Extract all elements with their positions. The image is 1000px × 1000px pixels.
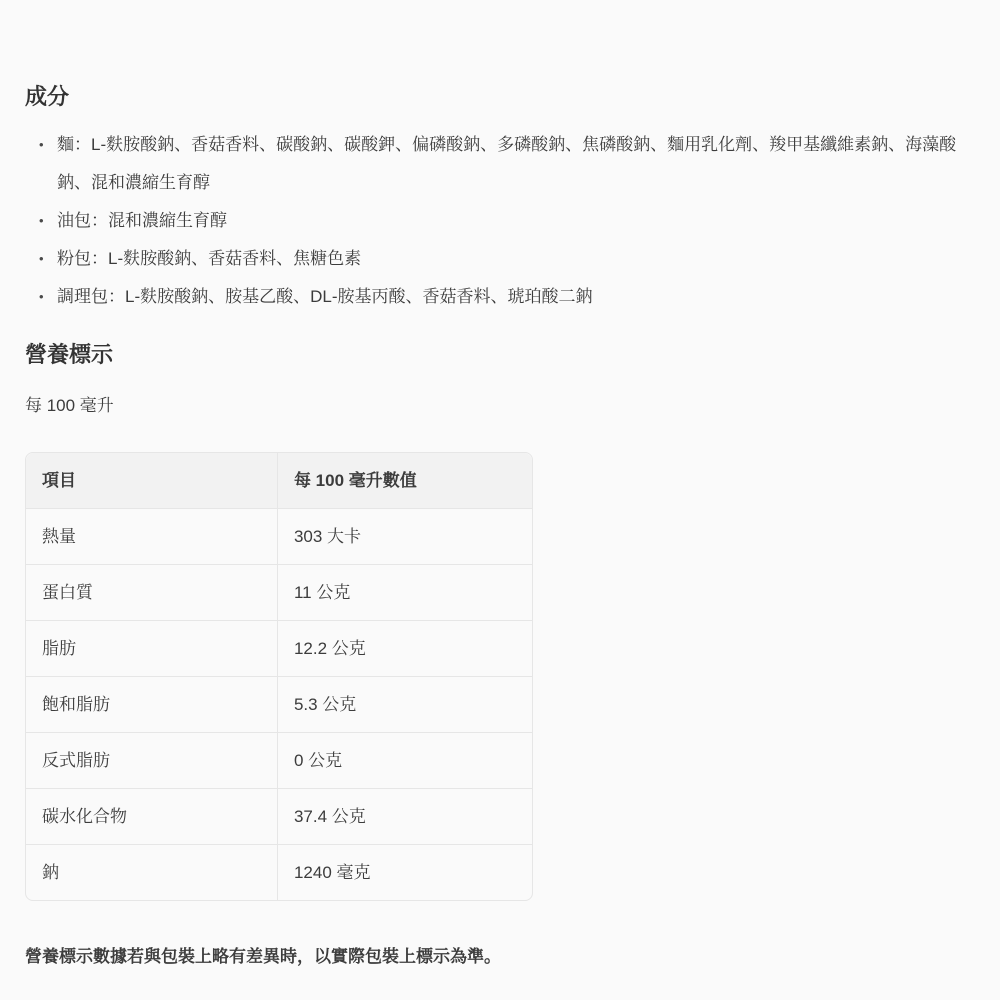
nutrient-value: 303 大卡	[277, 509, 532, 565]
nutrient-label: 鈉	[26, 845, 277, 900]
nutrient-label: 碳水化合物	[26, 789, 277, 845]
nutrient-label: 反式脂肪	[26, 733, 277, 789]
table-row: 鈉 1240 毫克	[26, 845, 532, 900]
nutrient-label: 脂肪	[26, 621, 277, 677]
table-row: 飽和脂肪 5.3 公克	[26, 677, 532, 733]
ingredient-item-oil-packet: • 油包：混和濃縮生育醇	[38, 202, 970, 240]
bullet-icon: •	[39, 202, 44, 240]
nutrient-value: 12.2 公克	[277, 621, 532, 677]
table-row: 熱量 303 大卡	[26, 509, 532, 565]
column-header-value: 每 100 毫升數值	[277, 453, 532, 509]
ingredient-item-noodle: • 麵：L-麩胺酸鈉、香菇香料、碳酸鈉、碳酸鉀、偏磷酸鈉、多磷酸鈉、焦磷酸鈉、麵…	[38, 126, 970, 202]
nutrition-heading: 營養標示	[25, 342, 975, 368]
nutrient-value: 0 公克	[277, 733, 532, 789]
table-row: 脂肪 12.2 公克	[26, 621, 532, 677]
ingredients-heading: 成分	[25, 84, 975, 110]
nutrient-value: 11 公克	[277, 565, 532, 621]
nutrition-disclaimer: 營養標示數據若與包裝上略有差異時，以實際包裝上標示為準。	[25, 946, 975, 968]
nutrient-label: 飽和脂肪	[26, 677, 277, 733]
table-row: 蛋白質 11 公克	[26, 565, 532, 621]
column-header-item: 項目	[26, 453, 277, 509]
ingredient-text: 麵：L-麩胺酸鈉、香菇香料、碳酸鈉、碳酸鉀、偏磷酸鈉、多磷酸鈉、焦磷酸鈉、麵用乳…	[57, 135, 956, 192]
bullet-icon: •	[39, 240, 44, 278]
table-row: 反式脂肪 0 公克	[26, 733, 532, 789]
ingredient-list: • 麵：L-麩胺酸鈉、香菇香料、碳酸鈉、碳酸鉀、偏磷酸鈉、多磷酸鈉、焦磷酸鈉、麵…	[25, 126, 970, 316]
bullet-icon: •	[39, 126, 44, 164]
table-row: 碳水化合物 37.4 公克	[26, 789, 532, 845]
serving-size-note: 每 100 毫升	[25, 396, 975, 416]
table-header-row: 項目 每 100 毫升數值	[26, 453, 532, 509]
product-info-page: 成分 • 麵：L-麩胺酸鈉、香菇香料、碳酸鈉、碳酸鉀、偏磷酸鈉、多磷酸鈉、焦磷酸…	[0, 0, 1000, 1000]
nutrition-table: 項目 每 100 毫升數值 熱量 303 大卡 蛋白質 11 公克 脂肪 12.…	[25, 452, 533, 901]
nutrient-value: 5.3 公克	[277, 677, 532, 733]
nutrient-value: 37.4 公克	[277, 789, 532, 845]
nutrient-value: 1240 毫克	[277, 845, 532, 900]
nutrient-label: 蛋白質	[26, 565, 277, 621]
ingredient-item-seasoning-packet: • 調理包：L-麩胺酸鈉、胺基乙酸、DL-胺基丙酸、香菇香料、琥珀酸二鈉	[38, 278, 970, 316]
ingredient-item-powder-packet: • 粉包：L-麩胺酸鈉、香菇香料、焦糖色素	[38, 240, 970, 278]
ingredient-text: 油包：混和濃縮生育醇	[57, 211, 227, 230]
nutrient-label: 熱量	[26, 509, 277, 565]
ingredient-text: 調理包：L-麩胺酸鈉、胺基乙酸、DL-胺基丙酸、香菇香料、琥珀酸二鈉	[57, 287, 593, 306]
ingredient-text: 粉包：L-麩胺酸鈉、香菇香料、焦糖色素	[57, 249, 361, 268]
bullet-icon: •	[39, 278, 44, 316]
